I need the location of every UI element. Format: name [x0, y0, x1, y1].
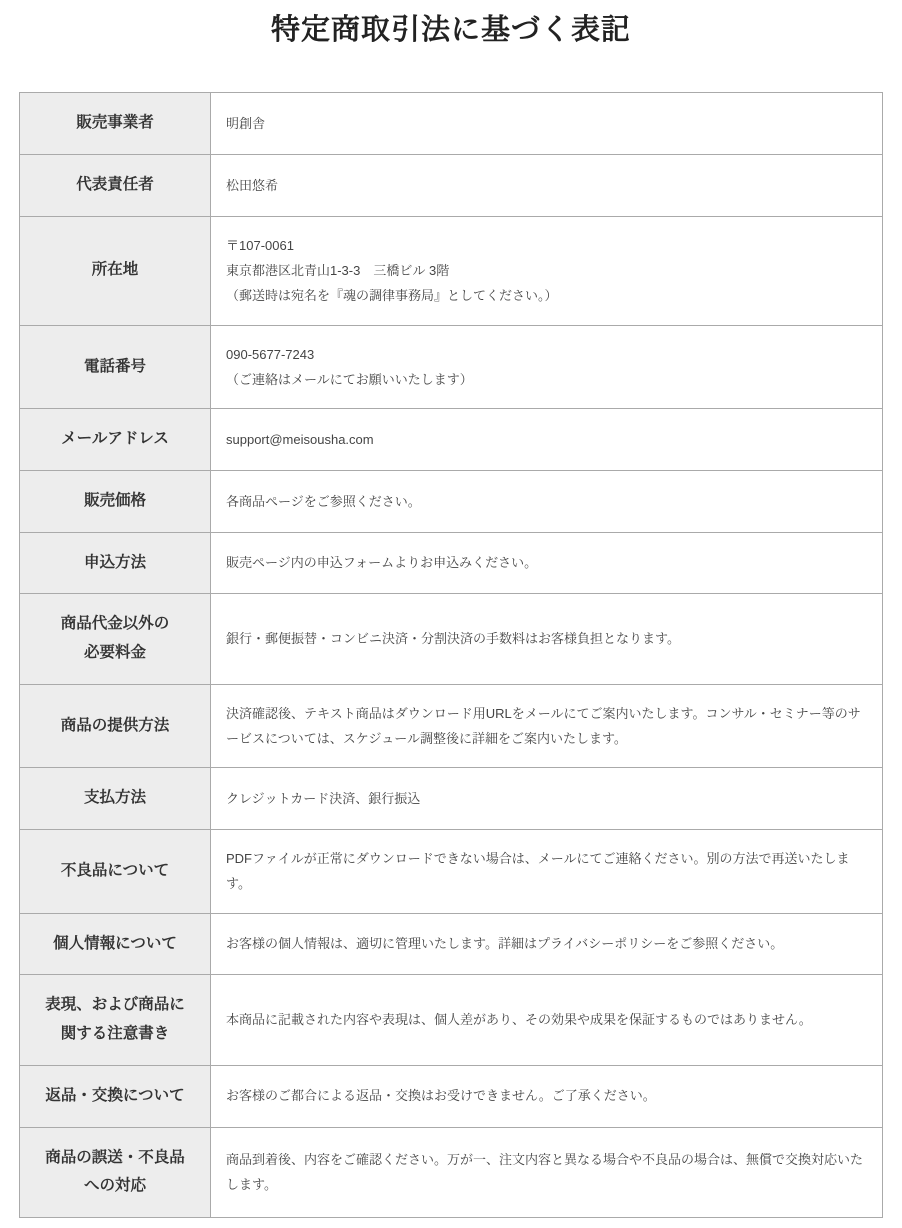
table-row-address: 所在地 〒107-0061 東京都港区北青山1-3-3 三橋ビル 3階 （郵送時… [20, 216, 883, 325]
row-label: 申込方法 [20, 532, 211, 594]
table-row-delivery-method: 商品の提供方法 決済確認後、テキスト商品はダウンロード用URLをメールにてご案内… [20, 684, 883, 768]
table-row-email: メールアドレス support@meisousha.com [20, 409, 883, 471]
row-label: 代表責任者 [20, 155, 211, 217]
row-label: 商品の誤送・不良品 への対応 [20, 1127, 211, 1217]
row-value: 販売ページ内の申込フォームよりお申込みください。 [211, 532, 883, 594]
table-row-additional-fees: 商品代金以外の 必要料金 銀行・郵便振替・コンビニ決済・分割決済の手数料はお客様… [20, 594, 883, 684]
row-value: 各商品ページをご参照ください。 [211, 471, 883, 533]
row-value: 〒107-0061 東京都港区北青山1-3-3 三橋ビル 3階 （郵送時は宛名を… [211, 216, 883, 325]
row-label: 販売価格 [20, 471, 211, 533]
row-value: support@meisousha.com [211, 409, 883, 471]
row-value: お客様のご都合による返品・交換はお受けできません。ご了承ください。 [211, 1065, 883, 1127]
row-value: お客様の個人情報は、適切に管理いたします。詳細はプライバシーポリシーをご参照くだ… [211, 913, 883, 975]
table-row-application-method: 申込方法 販売ページ内の申込フォームよりお申込みください。 [20, 532, 883, 594]
table-row-misdelivery-response: 商品の誤送・不良品 への対応 商品到着後、内容をご確認ください。万が一、注文内容… [20, 1127, 883, 1217]
page-title: 特定商取引法に基づく表記 [0, 14, 902, 47]
table-row-representative: 代表責任者 松田悠希 [20, 155, 883, 217]
page-container: 特定商取引法に基づく表記 販売事業者 明創舎 代表責任者 松田悠希 所在地 〒1… [0, 14, 902, 1228]
row-label: 販売事業者 [20, 93, 211, 155]
row-value: 商品到着後、内容をご確認ください。万が一、注文内容と異なる場合や不良品の場合は、… [211, 1127, 883, 1217]
table-row-seller: 販売事業者 明創舎 [20, 93, 883, 155]
row-label: メールアドレス [20, 409, 211, 471]
row-value: 銀行・郵便振替・コンビニ決済・分割決済の手数料はお客様負担となります。 [211, 594, 883, 684]
table-row-price: 販売価格 各商品ページをご参照ください。 [20, 471, 883, 533]
sctl-disclosure-table: 販売事業者 明創舎 代表責任者 松田悠希 所在地 〒107-0061 東京都港区… [19, 92, 883, 1218]
table-row-defective-items: 不良品について PDFファイルが正常にダウンロードできない場合は、メールにてご連… [20, 830, 883, 914]
bottom-spacer [0, 1218, 902, 1228]
sctl-table-body: 販売事業者 明創舎 代表責任者 松田悠希 所在地 〒107-0061 東京都港区… [20, 93, 883, 1218]
row-label: 返品・交換について [20, 1065, 211, 1127]
row-label: 不良品について [20, 830, 211, 914]
row-value: クレジットカード決済、銀行振込 [211, 768, 883, 830]
table-row-phone: 電話番号 090-5677-7243 （ご連絡はメールにてお願いいたします） [20, 325, 883, 409]
row-label: 表現、および商品に 関する注意書き [20, 975, 211, 1065]
row-label: 個人情報について [20, 913, 211, 975]
table-row-payment-method: 支払方法 クレジットカード決済、銀行振込 [20, 768, 883, 830]
table-row-expression-disclaimer: 表現、および商品に 関する注意書き 本商品に記載された内容や表現は、個人差があり… [20, 975, 883, 1065]
table-row-personal-info: 個人情報について お客様の個人情報は、適切に管理いたします。詳細はプライバシーポ… [20, 913, 883, 975]
row-label: 商品代金以外の 必要料金 [20, 594, 211, 684]
row-value: 090-5677-7243 （ご連絡はメールにてお願いいたします） [211, 325, 883, 409]
row-value: 松田悠希 [211, 155, 883, 217]
row-label: 支払方法 [20, 768, 211, 830]
row-value: 本商品に記載された内容や表現は、個人差があり、その効果や成果を保証するものではあ… [211, 975, 883, 1065]
table-row-returns-exchanges: 返品・交換について お客様のご都合による返品・交換はお受けできません。ご了承くだ… [20, 1065, 883, 1127]
row-label: 電話番号 [20, 325, 211, 409]
row-value: PDFファイルが正常にダウンロードできない場合は、メールにてご連絡ください。別の… [211, 830, 883, 914]
row-value: 決済確認後、テキスト商品はダウンロード用URLをメールにてご案内いたします。コン… [211, 684, 883, 768]
row-label: 所在地 [20, 216, 211, 325]
row-label: 商品の提供方法 [20, 684, 211, 768]
row-value: 明創舎 [211, 93, 883, 155]
